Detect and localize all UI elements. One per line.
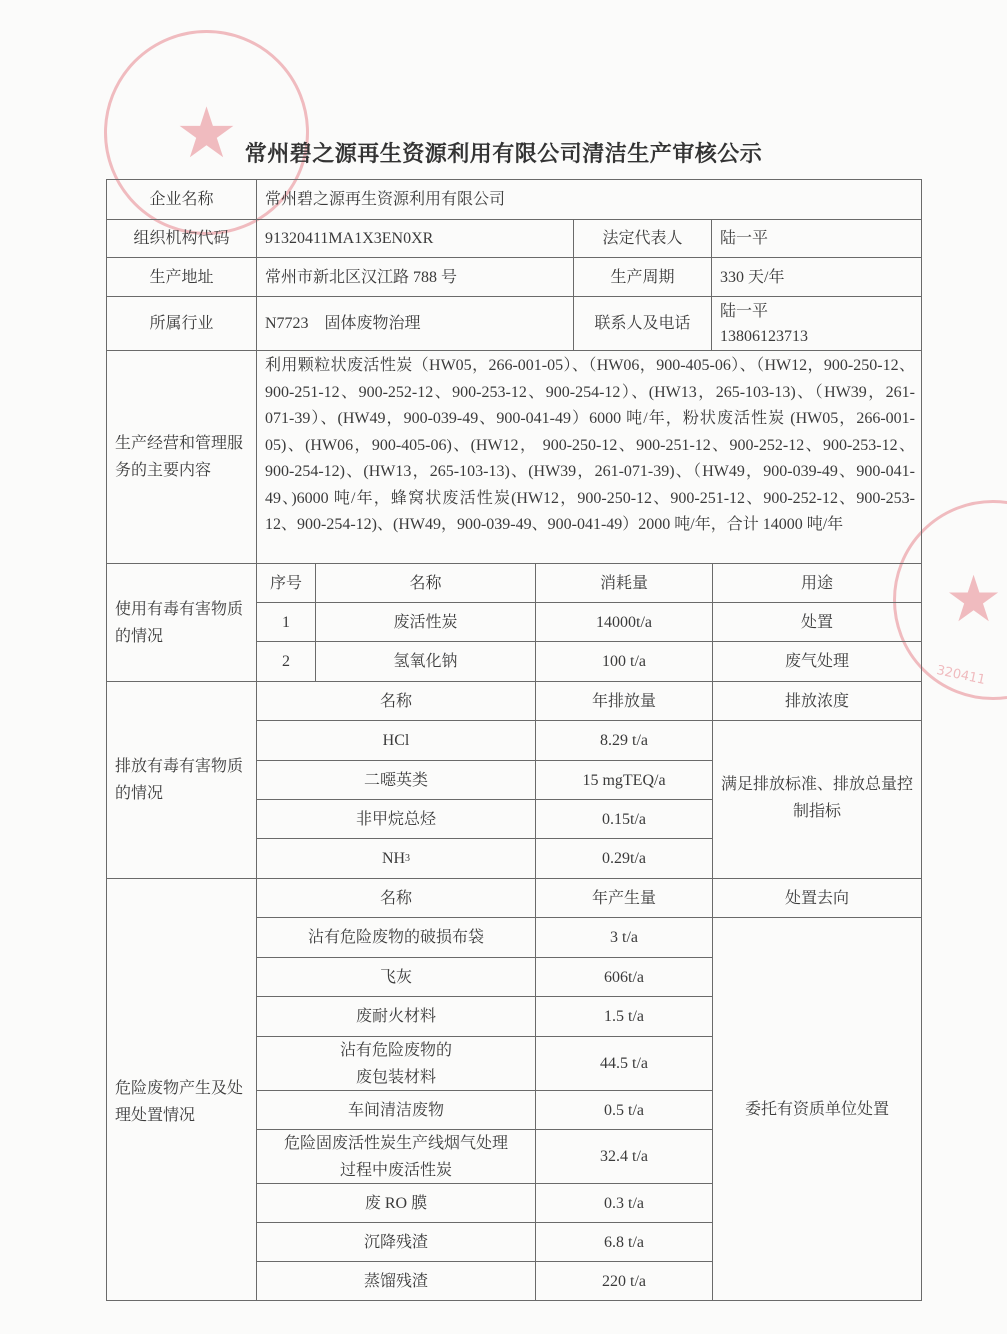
- table-row-name: 沾有危险废物的破损布袋: [256, 917, 536, 958]
- org-code-label: 组织机构代码: [106, 219, 257, 258]
- company-name-label: 企业名称: [106, 179, 257, 220]
- table-row-amount: 100 t/a: [535, 641, 713, 682]
- table-row-name: 车间清洁废物: [256, 1090, 536, 1130]
- table-row-name: 沾有危险废物的 废包装材料: [256, 1036, 536, 1091]
- table-row-amount: 15 mgTEQ/a: [535, 760, 713, 800]
- waste-disposal-value: 委托有资质单位处置: [712, 917, 922, 1301]
- table-row-use: 废气处理: [712, 641, 922, 682]
- table-row-name: 废活性炭: [315, 602, 536, 642]
- document-title: 常州碧之源再生资源利用有限公司清洁生产审核公示: [0, 137, 1007, 168]
- table-row-name: 二噁英类: [256, 760, 536, 800]
- toxic-use-header-amount: 消耗量: [535, 563, 713, 603]
- waste-header-disposal: 处置去向: [712, 878, 922, 918]
- table-row-no: 2: [256, 641, 316, 682]
- industry-label: 所属行业: [106, 296, 257, 351]
- toxic-use-header-use: 用途: [712, 563, 922, 603]
- period-label: 生产周期: [573, 257, 712, 297]
- emission-header-amount: 年排放量: [535, 681, 713, 721]
- waste-header-name: 名称: [256, 878, 536, 918]
- contact-name: 陆一平: [720, 299, 768, 324]
- toxic-use-header-no: 序号: [256, 563, 316, 603]
- table-row-amount: 0.5 t/a: [535, 1090, 713, 1130]
- table-row-name: NH3: [256, 838, 536, 879]
- org-code-value: 91320411MA1X3EN0XR: [256, 219, 574, 258]
- table-row-amount: 14000t/a: [535, 602, 713, 642]
- table-row-amount: 0.29t/a: [535, 838, 713, 879]
- table-row-amount: 32.4 t/a: [535, 1129, 713, 1184]
- contact-value: 陆一平 13806123713: [711, 296, 922, 351]
- toxic-emission-label: 排放有毒有害物质的情况: [106, 681, 257, 879]
- emission-header-name: 名称: [256, 681, 536, 721]
- table-row-amount: 0.15t/a: [535, 799, 713, 839]
- industry-value: N7723 固体废物治理: [256, 296, 574, 351]
- table-row-amount: 44.5 t/a: [535, 1036, 713, 1091]
- contact-phone: 13806123713: [720, 324, 808, 349]
- table-row-amount: 606t/a: [535, 957, 713, 997]
- hazardous-waste-label: 危险废物产生及处理处置情况: [106, 878, 257, 1301]
- table-row-amount: 3 t/a: [535, 917, 713, 958]
- period-value: 330 天/年: [711, 257, 922, 297]
- table-row-name: 沉降残渣: [256, 1222, 536, 1262]
- table-row-amount: 220 t/a: [535, 1261, 713, 1301]
- table-row-name: 非甲烷总烃: [256, 799, 536, 839]
- business-content: 利用颗粒状废活性炭（HW05，266-001-05）、（HW06，900-405…: [256, 350, 922, 564]
- table-row-amount: 6.8 t/a: [535, 1222, 713, 1262]
- seal-star-icon: ★: [945, 563, 1002, 637]
- legal-rep-value: 陆一平: [711, 219, 922, 258]
- table-row-amount: 8.29 t/a: [535, 720, 713, 761]
- emission-header-concentration: 排放浓度: [712, 681, 922, 721]
- toxic-use-label: 使用有毒有害物质的情况: [106, 563, 257, 682]
- company-name-value: 常州碧之源再生资源利用有限公司: [256, 179, 922, 220]
- toxic-use-header-name: 名称: [315, 563, 536, 603]
- table-row-use: 处置: [712, 602, 922, 642]
- table-row-name: 氢氧化钠: [315, 641, 536, 682]
- contact-label: 联系人及电话: [573, 296, 712, 351]
- table-row-name: 飞灰: [256, 957, 536, 997]
- legal-rep-label: 法定代表人: [573, 219, 712, 258]
- table-row-amount: 1.5 t/a: [535, 996, 713, 1037]
- table-row-name: 蒸馏残渣: [256, 1261, 536, 1301]
- table-row-name: HCl: [256, 720, 536, 761]
- table-row-name: 危险固废活性炭生产线烟气处理 过程中废活性炭: [256, 1129, 536, 1184]
- business-label: 生产经营和管理服务的主要内容: [106, 350, 257, 564]
- address-value: 常州市新北区汉江路 788 号: [256, 257, 574, 297]
- emission-concentration-value: 满足排放标准、排放总量控制指标: [712, 720, 922, 879]
- table-row-name: 废 RO 膜: [256, 1183, 536, 1223]
- address-label: 生产地址: [106, 257, 257, 297]
- seal-code: 320411: [935, 663, 987, 688]
- waste-header-amount: 年产生量: [535, 878, 713, 918]
- table-row-name: 废耐火材料: [256, 996, 536, 1037]
- table-row-no: 1: [256, 602, 316, 642]
- table-row-amount: 0.3 t/a: [535, 1183, 713, 1223]
